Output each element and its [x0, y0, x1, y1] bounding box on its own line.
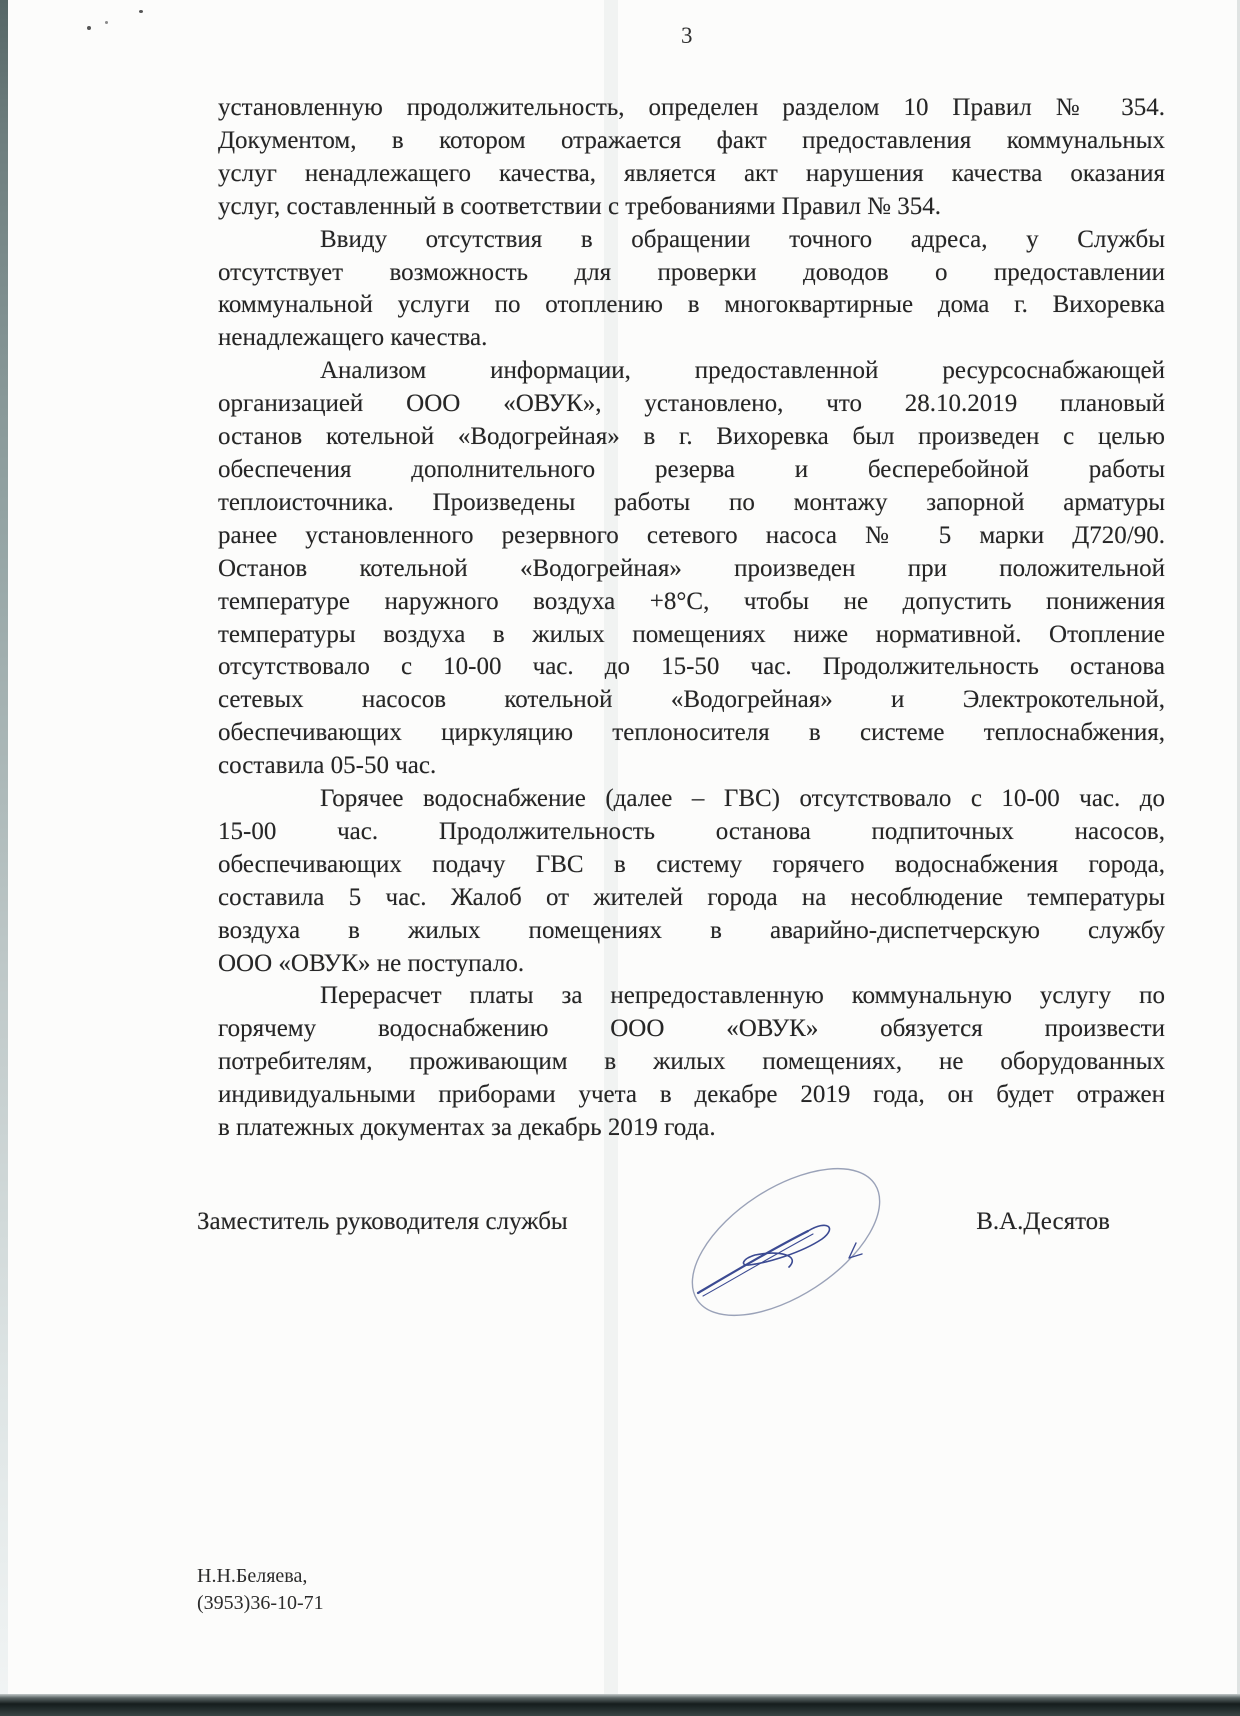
text-line: Анализом информации, предоставленной рес… [218, 355, 1165, 388]
text-line: ранее установленного резервного сетевого… [218, 520, 1165, 553]
text-line: установленную продолжительность, определ… [218, 92, 1165, 125]
text-line: отсутствовало с 10-00 час. до 15-50 час.… [218, 651, 1165, 684]
text-line: в платежных документах за декабрь 2019 г… [218, 1112, 1165, 1145]
text-line: Горячее водоснабжение (далее – ГВС) отсу… [218, 783, 1165, 816]
text-line: ООО «ОВУК» не поступало. [218, 948, 1165, 981]
paragraph: установленную продолжительность, определ… [218, 92, 1165, 224]
scan-edge-left [0, 0, 8, 1716]
text-line: обеспечения дополнительного резерва и бе… [218, 454, 1165, 487]
signature-pen-stroke [743, 1225, 829, 1267]
scan-speck [87, 26, 91, 30]
text-line: отсутствует возможность для проверки дов… [218, 257, 1165, 290]
text-line: индивидуальными приборами учета в декабр… [218, 1079, 1165, 1112]
signatory-role: Заместитель руководителя службы [197, 1208, 568, 1236]
executor-name: Н.Н.Беляева, [197, 1563, 324, 1590]
document-body: установленную продолжительность, определ… [218, 92, 1165, 1145]
text-line: составила 5 час. Жалоб от жителей города… [218, 882, 1165, 915]
scan-speck [105, 21, 108, 24]
text-line: Документом, в котором отражается факт пр… [218, 125, 1165, 158]
text-line: потребителям, проживающим в жилых помеще… [218, 1046, 1165, 1079]
scanned-document-page: 3 установленную продолжительность, опред… [0, 0, 1240, 1716]
text-line: температуры воздуха в жилых помещениях н… [218, 619, 1165, 652]
executor-phone: (3953)36-10-71 [197, 1590, 324, 1617]
text-line: Ввиду отсутствия в обращении точного адр… [218, 224, 1165, 257]
text-line: обеспечивающих подачу ГВС в систему горя… [218, 849, 1165, 882]
text-line: Перерасчет платы за непредоставленную ко… [218, 980, 1165, 1013]
text-line: составила 05-50 час. [218, 750, 1165, 783]
text-line: услуг, составленный в соответствии с тре… [218, 191, 1165, 224]
signature-pen-stroke [703, 1234, 813, 1296]
text-line: ненадлежащего качества. [218, 322, 1165, 355]
text-line: останов котельной «Водогрейная» в г. Вих… [218, 421, 1165, 454]
text-line: коммунальной услуги по отоплению в много… [218, 289, 1165, 322]
handwritten-signature [670, 1155, 910, 1330]
text-line: температуре наружного воздуха +8°С, чтоб… [218, 586, 1165, 619]
text-line: 15-00 час. Продолжительность останова по… [218, 816, 1165, 849]
text-line: сетевых насосов котельной «Водогрейная» … [218, 684, 1165, 717]
signatory-name: В.А.Десятов [976, 1208, 1110, 1236]
paragraph: Горячее водоснабжение (далее – ГВС) отсу… [218, 783, 1165, 980]
text-line: теплоисточника. Произведены работы по мо… [218, 487, 1165, 520]
paragraph: Ввиду отсутствия в обращении точного адр… [218, 224, 1165, 356]
scan-edge-bottom [0, 1694, 1240, 1716]
paragraph: Перерасчет платы за непредоставленную ко… [218, 980, 1165, 1145]
page-number: 3 [681, 23, 693, 49]
signoff-row: Заместитель руководителя службы В.А.Деся… [197, 1208, 1110, 1236]
executor-block: Н.Н.Беляева, (3953)36-10-71 [197, 1563, 324, 1617]
text-line: воздуха в жилых помещениях в аварийно-ди… [218, 915, 1165, 948]
text-line: горячему водоснабжению ООО «ОВУК» обязуе… [218, 1013, 1165, 1046]
paragraph: Анализом информации, предоставленной рес… [218, 355, 1165, 783]
scan-speck [139, 10, 143, 13]
text-line: услуг ненадлежащего качества, является а… [218, 158, 1165, 191]
text-line: Останов котельной «Водогрейная» произвед… [218, 553, 1165, 586]
text-line: организацией ООО «ОВУК», установлено, чт… [218, 388, 1165, 421]
signature-pen-stroke [849, 1243, 862, 1258]
text-line: обеспечивающих циркуляцию теплоносителя … [218, 717, 1165, 750]
